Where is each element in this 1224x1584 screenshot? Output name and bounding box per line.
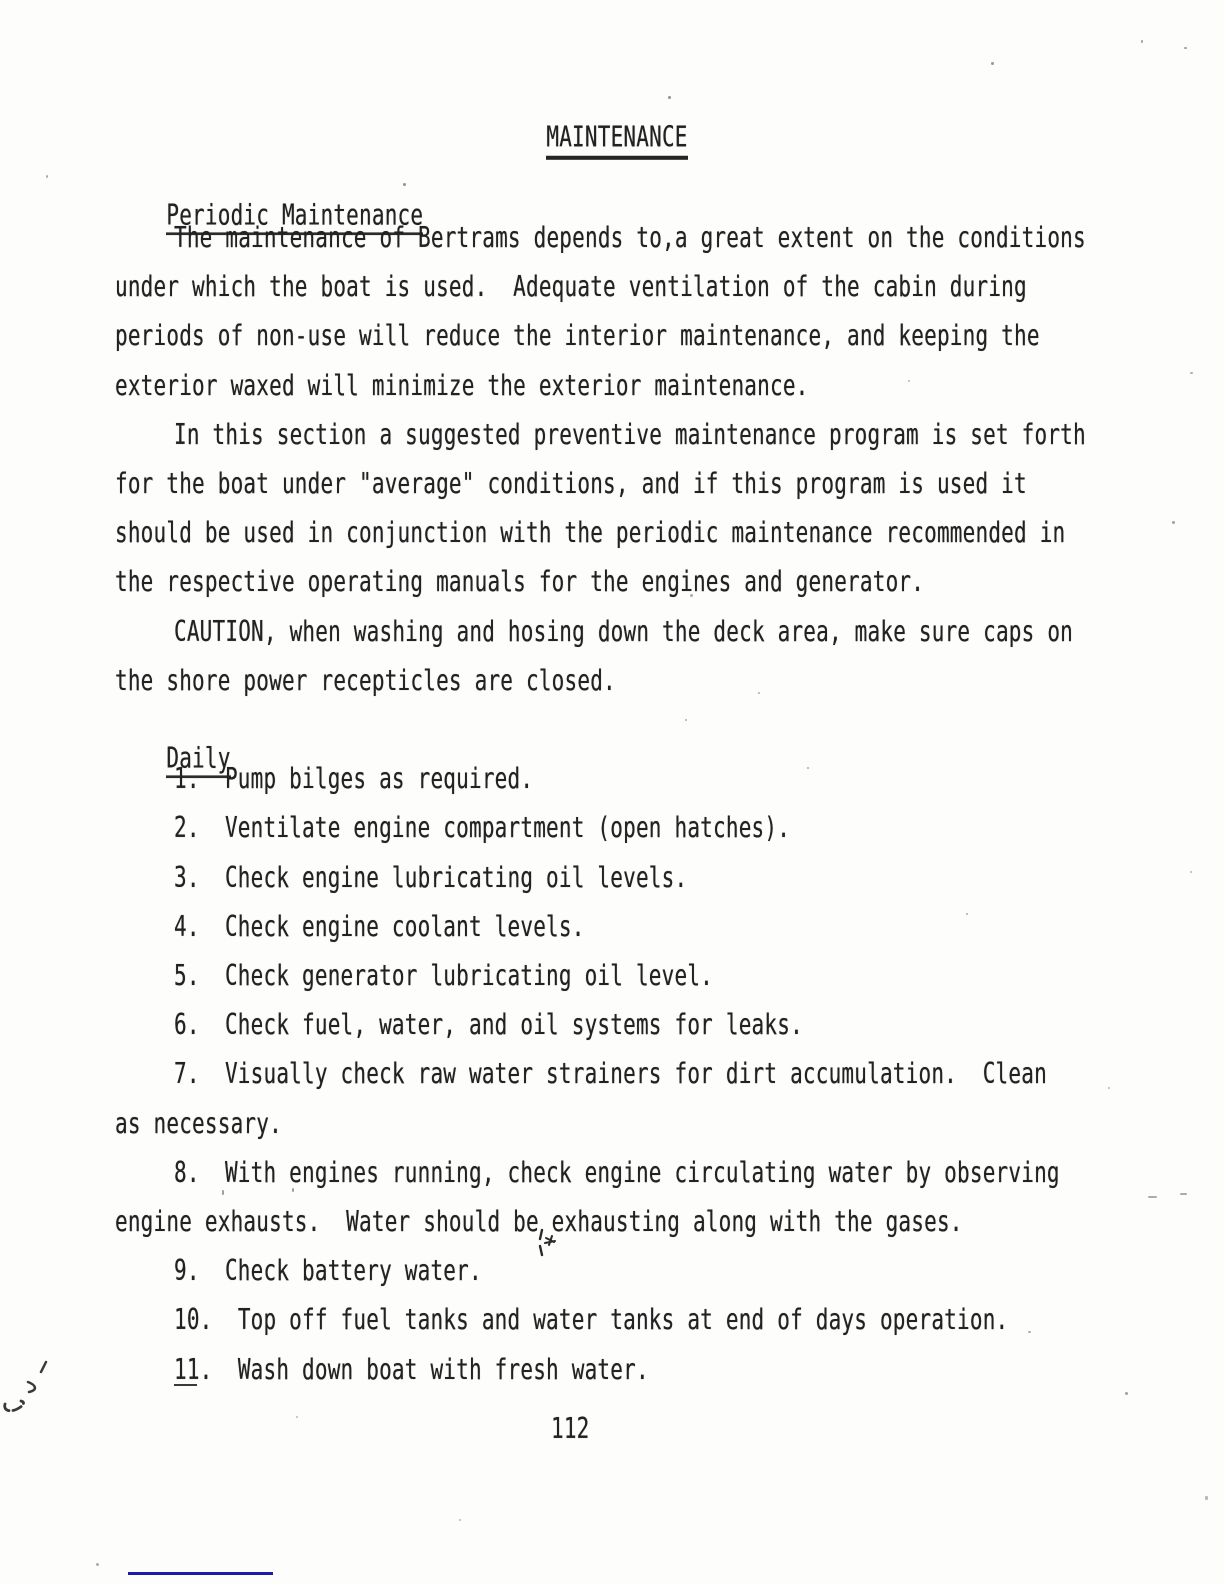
list-item-text: Check engine lubricating oil levels. [225,861,687,893]
paragraph-line: should be used in conjunction with the p… [115,519,1065,547]
scan-speck [46,175,48,178]
paragraph-line: periods of non-use will reduce the inter… [115,322,1040,350]
list-item-number: 3. [174,861,200,893]
paragraph-line: the respective operating manuals for the… [115,568,924,596]
scan-speck [807,767,809,769]
list-item-3: 3.Check engine lubricating oil levels. [174,864,687,892]
ink-smudge-mark [534,1226,560,1260]
scan-speck [1141,40,1143,43]
list-item-text: Ventilate engine compartment (open hatch… [225,811,790,843]
list-item-11: 11.Wash down boat with fresh water. [174,1356,649,1384]
scan-speck [292,1188,294,1192]
paragraph-line: exterior waxed will minimize the exterio… [115,372,809,400]
list-item-text: Pump bilges as required. [225,762,533,794]
list-item-7: 7.Visually check raw water strainers for… [174,1060,1047,1088]
scan-speck [1190,372,1193,374]
scan-speck [96,1563,99,1566]
list-item-number: 5. [174,959,200,991]
scan-speck [1108,1087,1110,1089]
list-item-2: 2.Ventilate engine compartment (open hat… [174,814,790,842]
list-item-number: 11. [174,1353,213,1385]
scan-speck [668,96,671,99]
list-item-text: Wash down boat with fresh water. [238,1353,649,1385]
scan-speck [1172,521,1175,524]
list-item-7-continuation: as necessary. [115,1110,282,1138]
paragraph-line: for the boat under "average" conditions,… [115,470,1027,498]
scan-speck [1184,47,1187,49]
list-item-number: 1. [174,762,200,794]
list-item-number: 10. [174,1303,213,1335]
page-title: MAINTENANCE [495,95,688,188]
scan-speck [1125,1392,1128,1395]
list-item-1: 1.Pump bilges as required. [174,765,533,793]
scan-speck [1180,1193,1187,1195]
scan-speck [459,1519,461,1521]
stray-underline-mark [174,1384,197,1386]
list-item-9: 9.Check battery water. [174,1257,482,1285]
scan-speck [758,692,760,694]
list-item-text: Check fuel, water, and oil systems for l… [225,1008,803,1040]
scan-speck [685,719,687,721]
scan-speck [296,1416,298,1418]
list-item-4: 4.Check engine coolant levels. [174,913,585,941]
list-item-text: Visually check raw water strainers for d… [225,1057,1047,1089]
scan-speck [908,380,910,382]
caution-line: CAUTION, when washing and hosing down th… [174,618,1073,646]
scan-speck [966,913,968,915]
scan-speck [1190,871,1192,873]
list-item-number: 6. [174,1008,200,1040]
page-title-text: MAINTENANCE [546,123,687,159]
list-item-number: 7. [174,1057,200,1089]
scan-speck [222,1190,224,1195]
list-item-text: Check engine coolant levels. [225,910,585,942]
list-item-number: 2. [174,811,200,843]
list-item-8: 8.With engines running, check engine cir… [174,1159,1060,1187]
list-item-number: 9. [174,1254,200,1286]
list-item-number: 8. [174,1156,200,1188]
blue-pen-line [128,1572,273,1575]
list-item-number: 4. [174,910,200,942]
scan-speck [1148,1196,1157,1198]
list-item-5: 5.Check generator lubricating oil level. [174,962,713,990]
list-item-6: 6.Check fuel, water, and oil systems for… [174,1011,803,1039]
scan-speck [1205,1496,1208,1500]
page-number: 112 [551,1415,590,1443]
scan-speck [991,62,994,65]
list-item-text: With engines running, check engine circu… [225,1156,1060,1188]
list-item-text: Top off fuel tanks and water tanks at en… [238,1303,1009,1335]
scan-speck [1028,1331,1031,1333]
caution-line: the shore power recepticles are closed. [115,667,616,695]
paragraph-line: The maintenance of Bertrams depends to,a… [174,224,1086,252]
scanned-document-page: MAINTENANCE Periodic Maintenance The mai… [0,0,1224,1584]
list-item-text: Check battery water. [225,1254,482,1286]
scan-speck [690,594,693,597]
paragraph-line: In this section a suggested preventive m… [174,421,1086,449]
scan-speck [403,183,406,186]
list-item-text: Check generator lubricating oil level. [225,959,713,991]
list-item-10: 10.Top off fuel tanks and water tanks at… [174,1306,1008,1334]
handwritten-squiggle-mark [2,1352,72,1422]
paragraph-line: under which the boat is used. Adequate v… [115,273,1027,301]
